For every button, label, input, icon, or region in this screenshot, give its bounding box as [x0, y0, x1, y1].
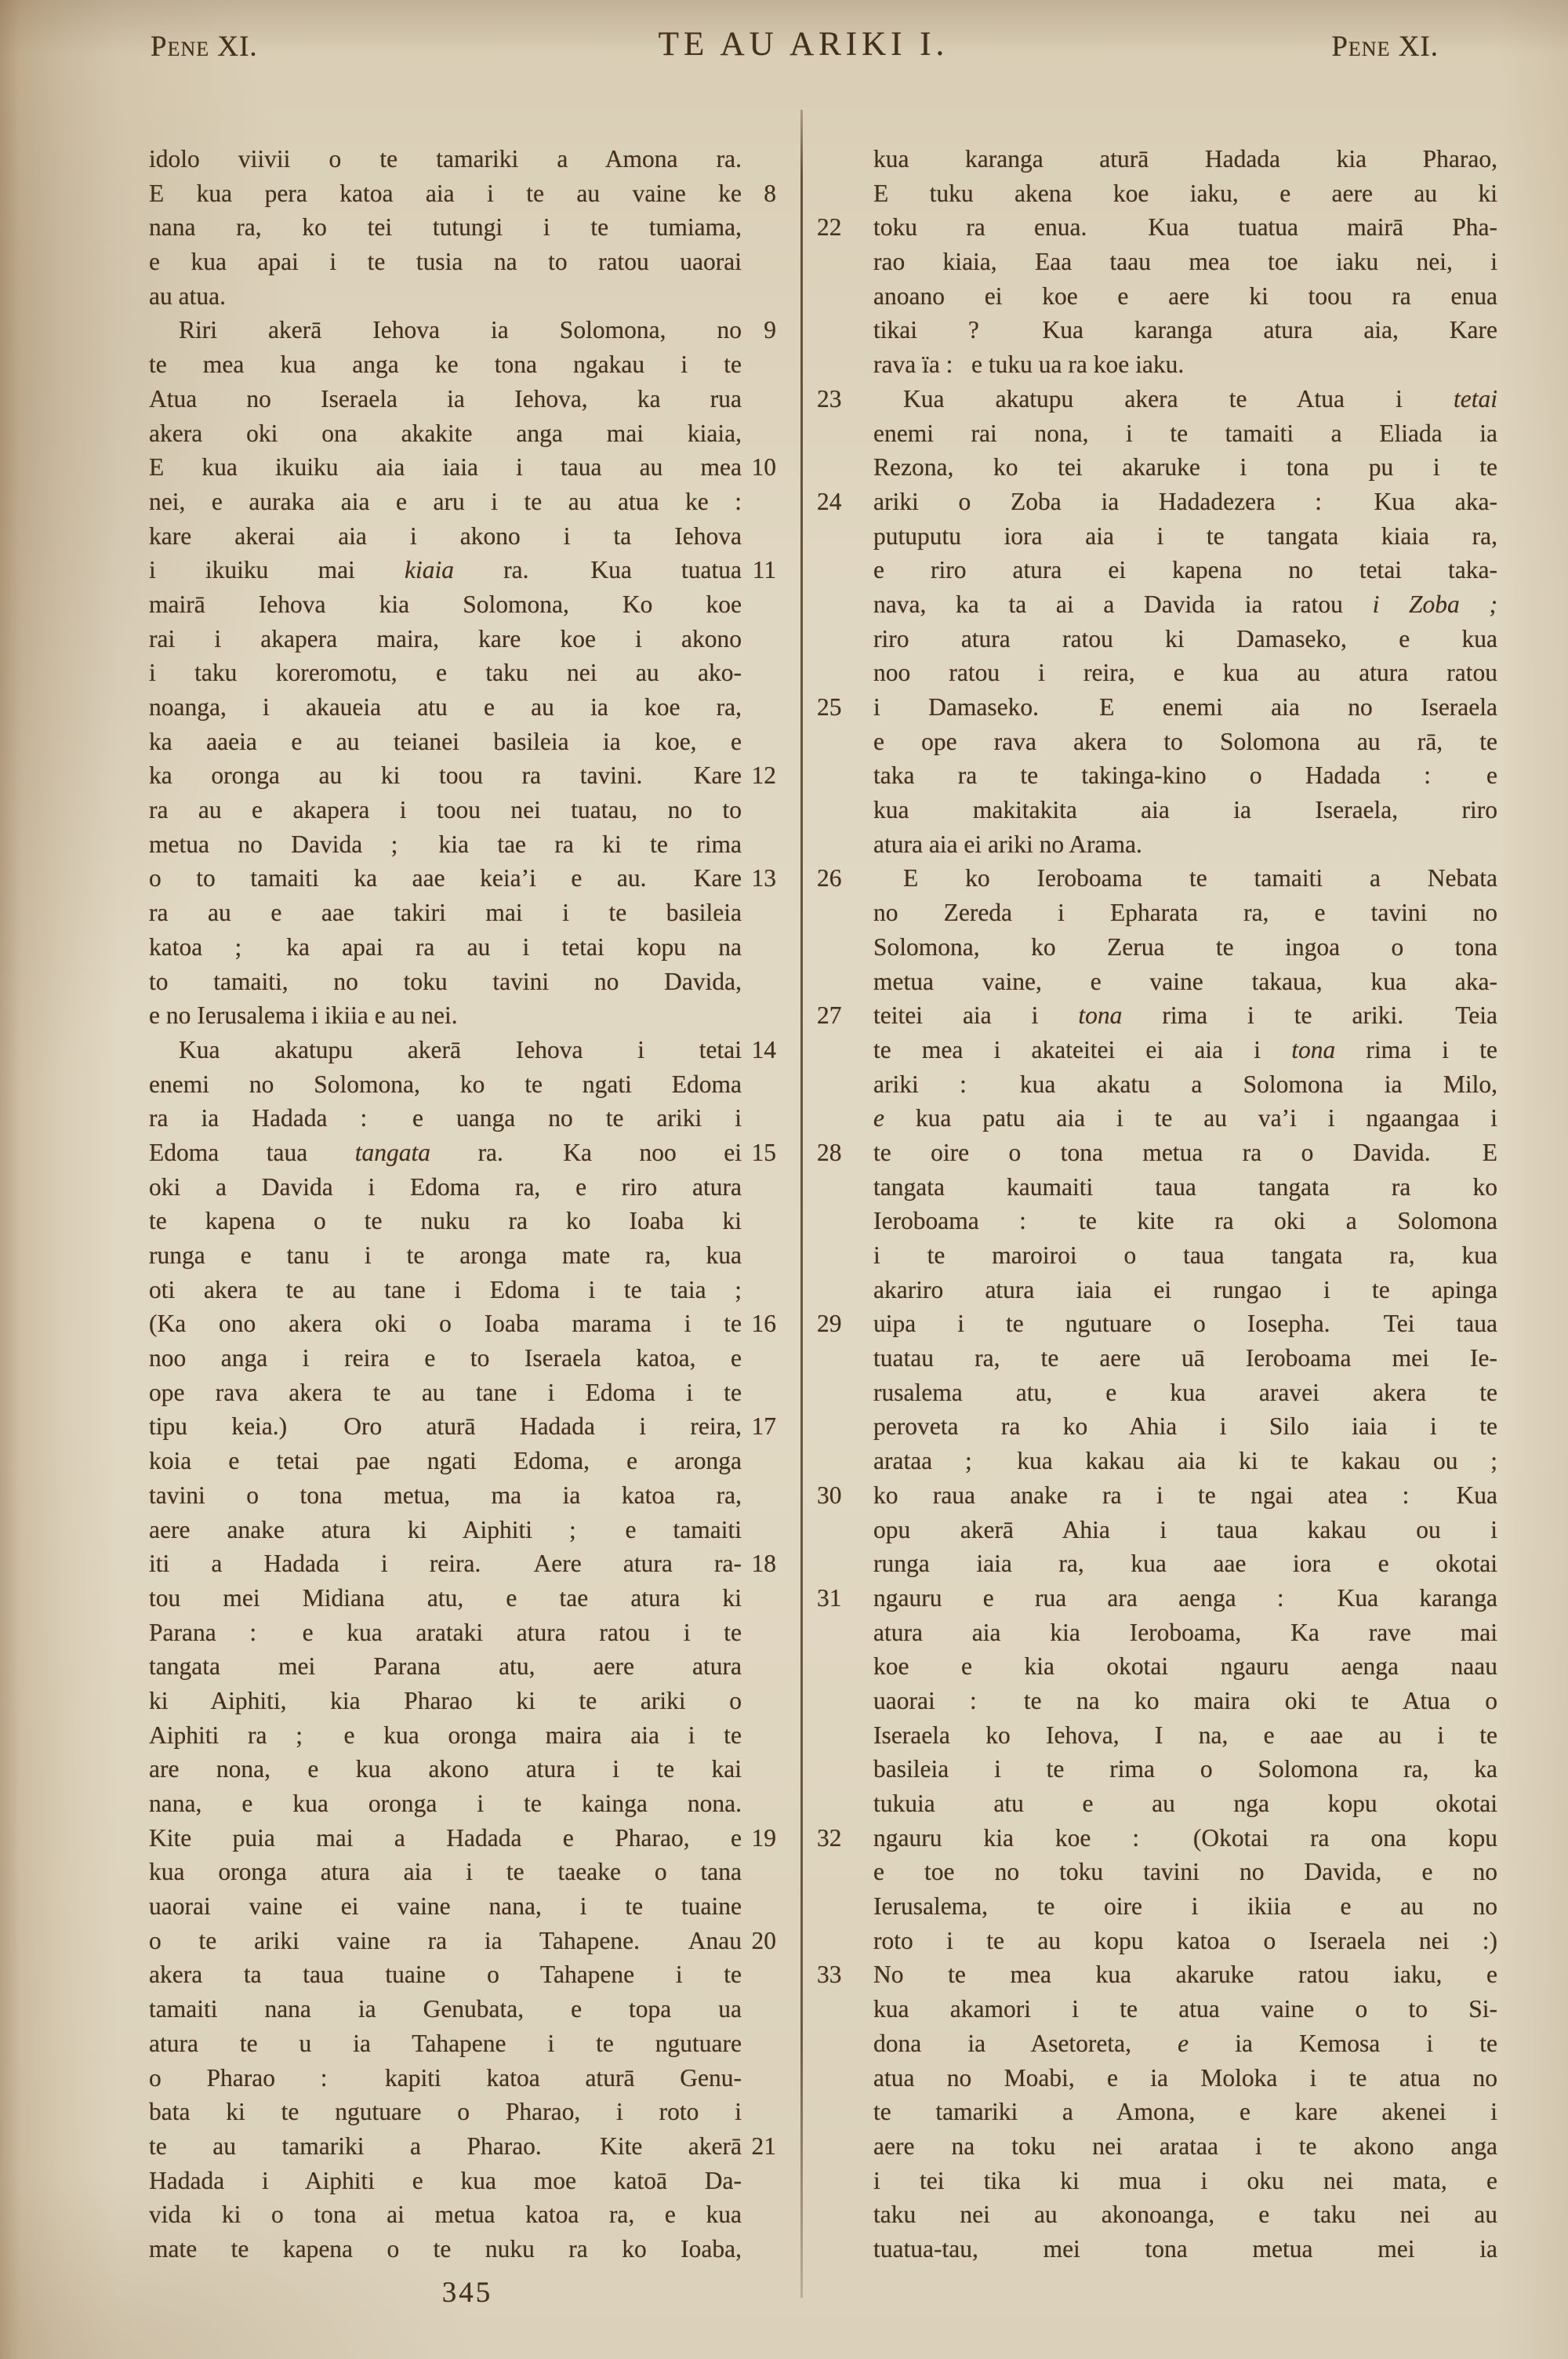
text-line: taka ra te takinga-kino o Hadada : e — [814, 758, 1497, 793]
line-text: ariki o Zoba ia Hadadezera : Kua aka- — [873, 485, 1497, 519]
text-line: koe e kia okotai ngauru aenga naau — [814, 1649, 1497, 1684]
text-line: te au tamariki a Pharao. Kite akerā21 — [149, 2129, 786, 2164]
scanned-book-page: Pene XI. TE AU ARIKI I. Pene XI. idolo v… — [0, 0, 1568, 2359]
line-text: peroveta ra ko Ahia i Silo iaia i te — [873, 1409, 1497, 1444]
text-line: iti a Hadada i reira. Aere atura ra-18 — [149, 1547, 786, 1581]
verse-number — [814, 450, 873, 485]
verse-number — [814, 2232, 873, 2266]
verse-number — [742, 245, 786, 279]
verse-number — [742, 2232, 786, 2266]
verse-number: 14 — [742, 1033, 786, 1067]
line-text: uaorai vaine ei vaine nana, i te tuaine — [149, 1889, 742, 1924]
text-line: tamaiti nana ia Genubata, e topa ua — [149, 1992, 786, 2026]
line-text: e ope rava akera to Solomona au rā, te — [873, 725, 1497, 759]
text-line: ki Aiphiti, kia Pharao ki te ariki o — [149, 1684, 786, 1718]
line-text: nana, e kua oronga i te kainga nona. — [149, 1787, 742, 1821]
verse-number — [814, 1924, 873, 1958]
text-line: kare akerai aia i akono i ta Iehova — [149, 519, 786, 554]
text-line: E kua ikuiku aia iaia i taua au mea10 — [149, 450, 786, 485]
line-text: o te ariki vaine ra ia Tahapene. Anau — [149, 1924, 742, 1958]
text-line: atura aia kia Ieroboama, Ka rave mai — [814, 1616, 1497, 1650]
text-line: koia e tetai pae ngati Edoma, e aronga — [149, 1444, 786, 1478]
text-line: uaorai vaine ei vaine nana, i te tuaine — [149, 1889, 786, 1924]
text-line: oki a Davida i Edoma ra, e riro atura — [149, 1170, 786, 1205]
text-line: e riro atura ei kapena no tetai taka- — [814, 553, 1497, 587]
verse-number — [814, 1376, 873, 1410]
verse-number — [742, 827, 786, 862]
verse-number — [814, 245, 873, 279]
text-line: no Zereda i Epharata ra, e tavini no — [814, 896, 1497, 930]
text-line: ra au e aae takiri mai i te basileia — [149, 896, 786, 930]
line-text: nana ra, ko tei tutungi i te tumiama, — [149, 210, 742, 245]
verse-number — [742, 519, 786, 554]
line-text: atura aia kia Ieroboama, Ka rave mai — [873, 1616, 1497, 1650]
text-line: nana, e kua oronga i te kainga nona. — [149, 1787, 786, 1821]
line-text: atua no Moabi, e ia Moloka i te atua no — [873, 2061, 1497, 2095]
text-line: akariro atura iaia ei rungao i te apinga — [814, 1273, 1497, 1307]
verse-number — [742, 1649, 786, 1684]
line-text: i ikuiku mai kiaia ra. Kua tuatua — [149, 553, 742, 587]
line-text: oki a Davida i Edoma ra, e riro atura — [149, 1170, 742, 1205]
verse-number: 22 — [814, 210, 873, 245]
line-text: i te maroiroi o taua tangata ra, kua — [873, 1238, 1497, 1273]
line-text: E kua pera katoa aia i te au vaine ke — [149, 176, 742, 211]
verse-number — [814, 347, 873, 382]
verse-number: 10 — [742, 450, 786, 485]
verse-number: 16 — [742, 1307, 786, 1341]
line-text: Riri akerā Iehova ia Solomona, no — [149, 313, 742, 347]
line-text: dona ia Asetoreta, e ia Kemosa i te — [873, 2026, 1497, 2061]
text-line: riro atura ratou ki Damaseko, e kua — [814, 622, 1497, 656]
text-line: tipu keia.) Oro aturā Hadada i reira,17 — [149, 1409, 786, 1444]
text-line: kua karanga aturā Hadada kia Pharao, — [814, 142, 1497, 176]
line-text: noo ratou i reira, e kua au atura ratou — [873, 656, 1497, 690]
line-text: enemi no Solomona, ko te ngati Edoma — [149, 1067, 742, 1102]
line-text: vida ki o tona ai metua katoa ra, e kua — [149, 2197, 742, 2232]
text-line: Riri akerā Iehova ia Solomona, no9 — [149, 313, 786, 347]
column-left: idolo viivii o te tamariki a Amona ra.E … — [149, 142, 786, 2266]
text-line: tavini o tona metua, ma ia katoa ra, — [149, 1478, 786, 1513]
verse-number: 32 — [814, 1821, 873, 1856]
verse-number — [814, 519, 873, 554]
column-divider-rule — [800, 110, 803, 2298]
verse-number: 13 — [742, 861, 786, 896]
text-line: aere na toku nei arataa i te akono anga — [814, 2129, 1497, 2164]
text-line: 22toku ra enua. Kua tuatua mairā Pha- — [814, 210, 1497, 245]
verse-number: 30 — [814, 1478, 873, 1513]
line-text: koe e kia okotai ngauru aenga naau — [873, 1649, 1497, 1684]
text-line: E kua pera katoa aia i te au vaine ke8 — [149, 176, 786, 211]
line-text: ra ia Hadada : e uanga no te ariki i — [149, 1101, 742, 1136]
text-line: te tamariki a Amona, e kare akenei i — [814, 2095, 1497, 2129]
verse-number: 23 — [814, 382, 873, 416]
verse-number — [742, 1067, 786, 1102]
line-text: ka oronga au ki toou ra tavini. Kare — [149, 758, 742, 793]
text-line: Edoma taua tangata ra. Ka noo ei15 — [149, 1136, 786, 1170]
verse-number — [814, 1718, 873, 1753]
text-line: to tamaiti, no toku tavini no Davida, — [149, 965, 786, 999]
verse-number — [814, 1513, 873, 1547]
text-line: tuatua-tau, mei tona metua mei ia — [814, 2232, 1497, 2266]
text-line: ka aaeia e au teianei basileia ia koe, e — [149, 725, 786, 759]
verse-number — [814, 1238, 873, 1273]
text-line: Iseraela ko Iehova, I na, e aae au i te — [814, 1718, 1497, 1753]
line-text: ariki : kua akatu a Solomona ia Milo, — [873, 1067, 1497, 1102]
line-text: Aiphiti ra ; e kua oronga maira aia i te — [149, 1718, 742, 1753]
line-text: nei, e auraka aia e aru i te au atua ke … — [149, 485, 742, 519]
verse-number: 26 — [814, 861, 873, 896]
verse-number — [742, 1616, 786, 1650]
line-text: noo anga i reira e to Iseraela katoa, e — [149, 1341, 742, 1376]
text-line: e toe no toku tavini no Davida, e no — [814, 1855, 1497, 1889]
verse-number — [742, 210, 786, 245]
text-line: te kapena o te nuku ra ko Ioaba ki — [149, 1204, 786, 1238]
verse-number — [742, 142, 786, 176]
verse-number: 8 — [742, 176, 786, 211]
text-line: noanga, i akaueia atu e au ia koe ra, — [149, 690, 786, 725]
text-line: tukuia atu e au nga kopu okotai — [814, 1787, 1497, 1821]
text-line: 30ko raua anake ra i te ngai atea : Kua — [814, 1478, 1497, 1513]
line-text: Rezona, ko tei akaruke i tona pu i te — [873, 450, 1497, 485]
verse-number: 19 — [742, 1821, 786, 1856]
verse-number — [814, 930, 873, 965]
line-text: kare akerai aia i akono i ta Iehova — [149, 519, 742, 554]
line-text: riro atura ratou ki Damaseko, e kua — [873, 622, 1497, 656]
line-text: o to tamaiti ka aae keia’i e au. Kare — [149, 861, 742, 896]
line-text: basileia i te rima o Solomona ra, ka — [873, 1752, 1497, 1787]
line-text: ki Aiphiti, kia Pharao ki te ariki o — [149, 1684, 742, 1718]
line-text: e no Ierusalema i ikiia e au nei. — [149, 998, 742, 1033]
text-line: metua vaine, e vaine takaua, kua aka- — [814, 965, 1497, 999]
verse-number: 33 — [814, 1957, 873, 1992]
verse-number — [814, 1649, 873, 1684]
verse-number — [814, 896, 873, 930]
line-text: kua karanga aturā Hadada kia Pharao, — [873, 142, 1497, 176]
line-text: tavini o tona metua, ma ia katoa ra, — [149, 1478, 742, 1513]
text-line: 33No te mea kua akaruke ratou iaku, e — [814, 1957, 1497, 1992]
line-text: teitei aia i tona rima i te ariki. Teia — [873, 998, 1497, 1033]
verse-number: 24 — [814, 485, 873, 519]
text-line: 31ngauru e rua ara aenga : Kua karanga — [814, 1581, 1497, 1616]
line-text: tukuia atu e au nga kopu okotai — [873, 1787, 1497, 1821]
text-line: atura aia ei ariki no Arama. — [814, 827, 1497, 862]
text-line: o Pharao : kapiti katoa aturā Genu- — [149, 2061, 786, 2095]
text-line: Hadada i Aiphiti e kua moe katoā Da- — [149, 2164, 786, 2198]
verse-number — [814, 1341, 873, 1376]
verse-number — [742, 2164, 786, 2198]
text-line: i tei tika ki mua i oku nei mata, e — [814, 2164, 1497, 2198]
text-line: opu akerā Ahia i taua kakau ou i — [814, 1513, 1497, 1547]
line-text: rusalema atu, e kua aravei akera te — [873, 1376, 1497, 1410]
text-line: i te maroiroi o taua tangata ra, kua — [814, 1238, 1497, 1273]
text-line: 23Kua akatupu akera te Atua i tetai — [814, 382, 1497, 416]
verse-number — [814, 965, 873, 999]
text-line: 24ariki o Zoba ia Hadadezera : Kua aka- — [814, 485, 1497, 519]
verse-number — [814, 2164, 873, 2198]
line-text: Iseraela ko Iehova, I na, e aae au i te — [873, 1718, 1497, 1753]
text-line: dona ia Asetoreta, e ia Kemosa i te — [814, 2026, 1497, 2061]
text-line: 25i Damaseko. E enemi aia no Iseraela — [814, 690, 1497, 725]
line-text: i tei tika ki mua i oku nei mata, e — [873, 2164, 1497, 2198]
text-line: oti akera te au tane i Edoma i te taia ; — [149, 1273, 786, 1307]
verse-number: 21 — [742, 2129, 786, 2164]
text-line: noo anga i reira e to Iseraela katoa, e — [149, 1341, 786, 1376]
verse-number — [814, 1273, 873, 1307]
line-text: are nona, e kua akono atura i te kai — [149, 1752, 742, 1787]
verse-number — [742, 2095, 786, 2129]
line-text: akariro atura iaia ei rungao i te apinga — [873, 1273, 1497, 1307]
line-text: tuatua-tau, mei tona metua mei ia — [873, 2232, 1497, 2266]
verse-number — [814, 142, 873, 176]
line-text: ope rava akera te au tane i Edoma i te — [149, 1376, 742, 1410]
line-text: Solomona, ko Zerua te ingoa o tona — [873, 930, 1497, 965]
text-line: Solomona, ko Zerua te ingoa o tona — [814, 930, 1497, 965]
text-line: rusalema atu, e kua aravei akera te — [814, 1376, 1497, 1410]
verse-number — [814, 587, 873, 622]
verse-number: 15 — [742, 1136, 786, 1170]
line-text: te kapena o te nuku ra ko Ioaba ki — [149, 1204, 742, 1238]
column-right: kua karanga aturā Hadada kia Pharao,E tu… — [814, 142, 1497, 2266]
line-text: e kua patu aia i te au va’i i ngaangaa i — [873, 1101, 1497, 1136]
verse-number: 29 — [814, 1307, 873, 1341]
line-text: akera ta taua tuaine o Tahapene i te — [149, 1957, 742, 1992]
verse-number — [814, 416, 873, 451]
verse-number — [814, 2129, 873, 2164]
line-text: tipu keia.) Oro aturā Hadada i reira, — [149, 1409, 742, 1444]
line-text: kua oronga atura aia i te taeake o tana — [149, 1855, 742, 1889]
text-line: Atua no Iseraela ia Iehova, ka rua — [149, 382, 786, 416]
line-text: aere na toku nei arataa i te akono anga — [873, 2129, 1497, 2164]
text-line: enemi no Solomona, ko te ngati Edoma — [149, 1067, 786, 1102]
verse-number — [814, 622, 873, 656]
verse-number — [814, 1752, 873, 1787]
line-text: aere anake atura ki Aiphiti ; e tamaiti — [149, 1513, 742, 1547]
text-line: te mea i akateitei ei aia i tona rima i … — [814, 1033, 1497, 1067]
verse-number — [814, 1067, 873, 1102]
line-text: tuatau ra, te aere uā Ieroboama mei Ie- — [873, 1341, 1497, 1376]
verse-number — [814, 176, 873, 211]
text-line: runga iaia ra, kua aae iora e okotai — [814, 1547, 1497, 1581]
text-line: tangata kaumaiti taua tangata ra ko — [814, 1170, 1497, 1205]
line-text: roto i te au kopu katoa o Iseraela nei :… — [873, 1924, 1497, 1958]
line-text: E tuku akena koe iaku, e aere au ki — [873, 176, 1497, 211]
line-text: rava ïa : e tuku ua ra koe iaku. — [873, 347, 1497, 382]
verse-number — [742, 1787, 786, 1821]
verse-number — [814, 2061, 873, 2095]
line-text: (Ka ono akera oki o Ioaba marama i te — [149, 1307, 742, 1341]
verse-number — [814, 1101, 873, 1136]
text-line: kua makitakita aia ia Iseraela, riro — [814, 793, 1497, 827]
verse-number — [814, 758, 873, 793]
text-line: nava, ka ta ai a Davida ia ratou i Zoba … — [814, 587, 1497, 622]
line-text: rai i akapera maira, kare koe i akono — [149, 622, 742, 656]
text-line: bata ki te ngutuare o Pharao, i roto i — [149, 2095, 786, 2129]
text-line: idolo viivii o te tamariki a Amona ra. — [149, 142, 786, 176]
text-line: atua no Moabi, e ia Moloka i te atua no — [814, 2061, 1497, 2095]
text-line: Ieroboama : te kite ra oki a Solomona — [814, 1204, 1497, 1238]
line-text: tamaiti nana ia Genubata, e topa ua — [149, 1992, 742, 2026]
line-text: anoano ei koe e aere ki toou ra enua — [873, 279, 1497, 314]
line-text: koia e tetai pae ngati Edoma, e aronga — [149, 1444, 742, 1478]
verse-number — [742, 279, 786, 314]
line-text: tou mei Midiana atu, e tae atura ki — [149, 1581, 742, 1616]
text-line: tangata mei Parana atu, aere atura — [149, 1649, 786, 1684]
verse-number — [814, 1444, 873, 1478]
verse-number — [742, 485, 786, 519]
verse-number — [814, 1616, 873, 1650]
line-text: Hadada i Aiphiti e kua moe katoā Da- — [149, 2164, 742, 2198]
text-line: uaorai : te na ko maira oki te Atua o — [814, 1684, 1497, 1718]
verse-number — [742, 1752, 786, 1787]
verse-number — [742, 725, 786, 759]
verse-number — [814, 279, 873, 314]
line-text: idolo viivii o te tamariki a Amona ra. — [149, 142, 742, 176]
verse-number: 9 — [742, 313, 786, 347]
verse-number — [814, 827, 873, 862]
line-text: ngauru kia koe : (Okotai ra ona kopu — [873, 1821, 1497, 1856]
verse-number — [742, 1478, 786, 1513]
line-text: te mea i akateitei ei aia i tona rima i … — [873, 1033, 1497, 1067]
text-line: o te ariki vaine ra ia Tahapene. Anau20 — [149, 1924, 786, 1958]
text-line: katoa ; ka apai ra au i tetai kopu na — [149, 930, 786, 965]
line-text: Kua akatupu akera te Atua i tetai — [873, 382, 1497, 416]
line-text: noanga, i akaueia atu e au ia koe ra, — [149, 690, 742, 725]
text-line: Ierusalema, te oire i ikiia e au no — [814, 1889, 1497, 1924]
text-line: 28te oire o tona metua ra o Davida. E — [814, 1136, 1497, 1170]
line-text: E ko Ieroboama te tamaiti a Nebata — [873, 861, 1497, 896]
line-text: te oire o tona metua ra o Davida. E — [873, 1136, 1497, 1170]
line-text: ngauru e rua ara aenga : Kua karanga — [873, 1581, 1497, 1616]
verse-number — [742, 1718, 786, 1753]
line-text: ko raua anake ra i te ngai atea : Kua — [873, 1478, 1497, 1513]
verse-number — [814, 793, 873, 827]
verse-number — [742, 998, 786, 1033]
line-text: e toe no toku tavini no Davida, e no — [873, 1855, 1497, 1889]
verse-number: 28 — [814, 1136, 873, 1170]
line-text: akera oki ona akakite anga mai kiaia, — [149, 416, 742, 451]
verse-number — [814, 1547, 873, 1581]
line-text: to tamaiti, no toku tavini no Davida, — [149, 965, 742, 999]
verse-number — [742, 965, 786, 999]
text-line: tou mei Midiana atu, e tae atura ki — [149, 1581, 786, 1616]
verse-number — [814, 313, 873, 347]
verse-number — [814, 1033, 873, 1067]
text-line: metua no Davida ; kia tae ra ki te rima — [149, 827, 786, 862]
verse-number — [742, 656, 786, 690]
text-line: akera ta taua tuaine o Tahapene i te — [149, 1957, 786, 1992]
verse-number — [742, 793, 786, 827]
line-text: enemi rai nona, i te tamaiti a Eliada ia — [873, 416, 1497, 451]
text-line: vida ki o tona ai metua katoa ra, e kua — [149, 2197, 786, 2232]
text-line: nei, e auraka aia e aru i te au atua ke … — [149, 485, 786, 519]
text-line: kua akamori i te atua vaine o to Si- — [814, 1992, 1497, 2026]
verse-number — [742, 1513, 786, 1547]
verse-number — [814, 1855, 873, 1889]
text-line: arataa ; kua kakau aia ki te kakau ou ; — [814, 1444, 1497, 1478]
line-text: Ieroboama : te kite ra oki a Solomona — [873, 1204, 1497, 1238]
text-line: i taku koreromotu, e taku nei au ako- — [149, 656, 786, 690]
verse-number: 27 — [814, 998, 873, 1033]
text-line: rava ïa : e tuku ua ra koe iaku. — [814, 347, 1497, 382]
verse-number — [742, 1341, 786, 1376]
line-text: putuputu iora aia i te tangata kiaia ra, — [873, 519, 1497, 554]
line-text: bata ki te ngutuare o Pharao, i roto i — [149, 2095, 742, 2129]
verse-number: 11 — [742, 553, 786, 587]
text-line: ka oronga au ki toou ra tavini. Kare12 — [149, 758, 786, 793]
line-text: i Damaseko. E enemi aia no Iseraela — [873, 690, 1497, 725]
line-text: kua makitakita aia ia Iseraela, riro — [873, 793, 1497, 827]
text-line: 26E ko Ieroboama te tamaiti a Nebata — [814, 861, 1497, 896]
verse-number — [742, 2061, 786, 2095]
verse-number — [742, 1992, 786, 2026]
line-text: o Pharao : kapiti katoa aturā Genu- — [149, 2061, 742, 2095]
line-text: runga e tanu i te aronga mate ra, kua — [149, 1238, 742, 1273]
text-line: tikai ? Kua karanga atura aia, Kare — [814, 313, 1497, 347]
text-line: runga e tanu i te aronga mate ra, kua — [149, 1238, 786, 1273]
verse-number: 17 — [742, 1409, 786, 1444]
verse-number — [814, 2197, 873, 2232]
line-text: Kite puia mai a Hadada e Pharao, e — [149, 1821, 742, 1856]
text-line: e kua patu aia i te au va’i i ngaangaa i — [814, 1101, 1497, 1136]
verse-number — [814, 1787, 873, 1821]
text-line: Rezona, ko tei akaruke i tona pu i te — [814, 450, 1497, 485]
verse-number — [742, 1204, 786, 1238]
line-text: Kua akatupu akerā Iehova i tetai — [149, 1033, 742, 1067]
line-text: e kua apai i te tusia na to ratou uaorai — [149, 245, 742, 279]
text-line: rao kiaia, Eaa taau mea toe iaku nei, i — [814, 245, 1497, 279]
line-text: ra au e aae takiri mai i te basileia — [149, 896, 742, 930]
text-line: Parana : e kua arataki atura ratou i te — [149, 1616, 786, 1650]
line-text: e riro atura ei kapena no tetai taka- — [873, 553, 1497, 587]
line-text: Ierusalema, te oire i ikiia e au no — [873, 1889, 1497, 1924]
verse-number — [742, 1444, 786, 1478]
verse-number: 18 — [742, 1547, 786, 1581]
line-text: nava, ka ta ai a Davida ia ratou i Zoba … — [873, 587, 1497, 622]
verse-number — [742, 930, 786, 965]
line-text: metua no Davida ; kia tae ra ki te rima — [149, 827, 742, 862]
text-line: aere anake atura ki Aiphiti ; e tamaiti — [149, 1513, 786, 1547]
text-line: 27teitei aia i tona rima i te ariki. Tei… — [814, 998, 1497, 1033]
text-line: ra ia Hadada : e uanga no te ariki i — [149, 1101, 786, 1136]
text-line: e no Ierusalema i ikiia e au nei. — [149, 998, 786, 1033]
verse-number — [814, 2095, 873, 2129]
verse-number: 12 — [742, 758, 786, 793]
verse-number — [742, 2026, 786, 2061]
text-line: putuputu iora aia i te tangata kiaia ra, — [814, 519, 1497, 554]
line-text: kua akamori i te atua vaine o to Si- — [873, 1992, 1497, 2026]
line-text: Atua no Iseraela ia Iehova, ka rua — [149, 382, 742, 416]
line-text: te mea kua anga ke tona ngakau i te — [149, 347, 742, 382]
text-line: roto i te au kopu katoa o Iseraela nei :… — [814, 1924, 1497, 1958]
text-line: tuatau ra, te aere uā Ieroboama mei Ie- — [814, 1341, 1497, 1376]
verse-number: 20 — [742, 1924, 786, 1958]
text-line: basileia i te rima o Solomona ra, ka — [814, 1752, 1497, 1787]
line-text: metua vaine, e vaine takaua, kua aka- — [873, 965, 1497, 999]
line-text: rao kiaia, Eaa taau mea toe iaku nei, i — [873, 245, 1497, 279]
verse-number — [742, 1957, 786, 1992]
line-text: tangata kaumaiti taua tangata ra ko — [873, 1170, 1497, 1205]
text-line: Aiphiti ra ; e kua oronga maira aia i te — [149, 1718, 786, 1753]
line-text: ka aaeia e au teianei basileia ia koe, e — [149, 725, 742, 759]
verse-number — [742, 347, 786, 382]
running-head-right: Pene XI. — [1331, 30, 1439, 64]
verse-number — [814, 1409, 873, 1444]
text-line: (Ka ono akera oki o Ioaba marama i te16 — [149, 1307, 786, 1341]
text-line: nana ra, ko tei tutungi i te tumiama, — [149, 210, 786, 245]
verse-number — [742, 382, 786, 416]
line-text: mairā Iehova kia Solomona, Ko koe — [149, 587, 742, 622]
line-text: taka ra te takinga-kino o Hadada : e — [873, 758, 1497, 793]
